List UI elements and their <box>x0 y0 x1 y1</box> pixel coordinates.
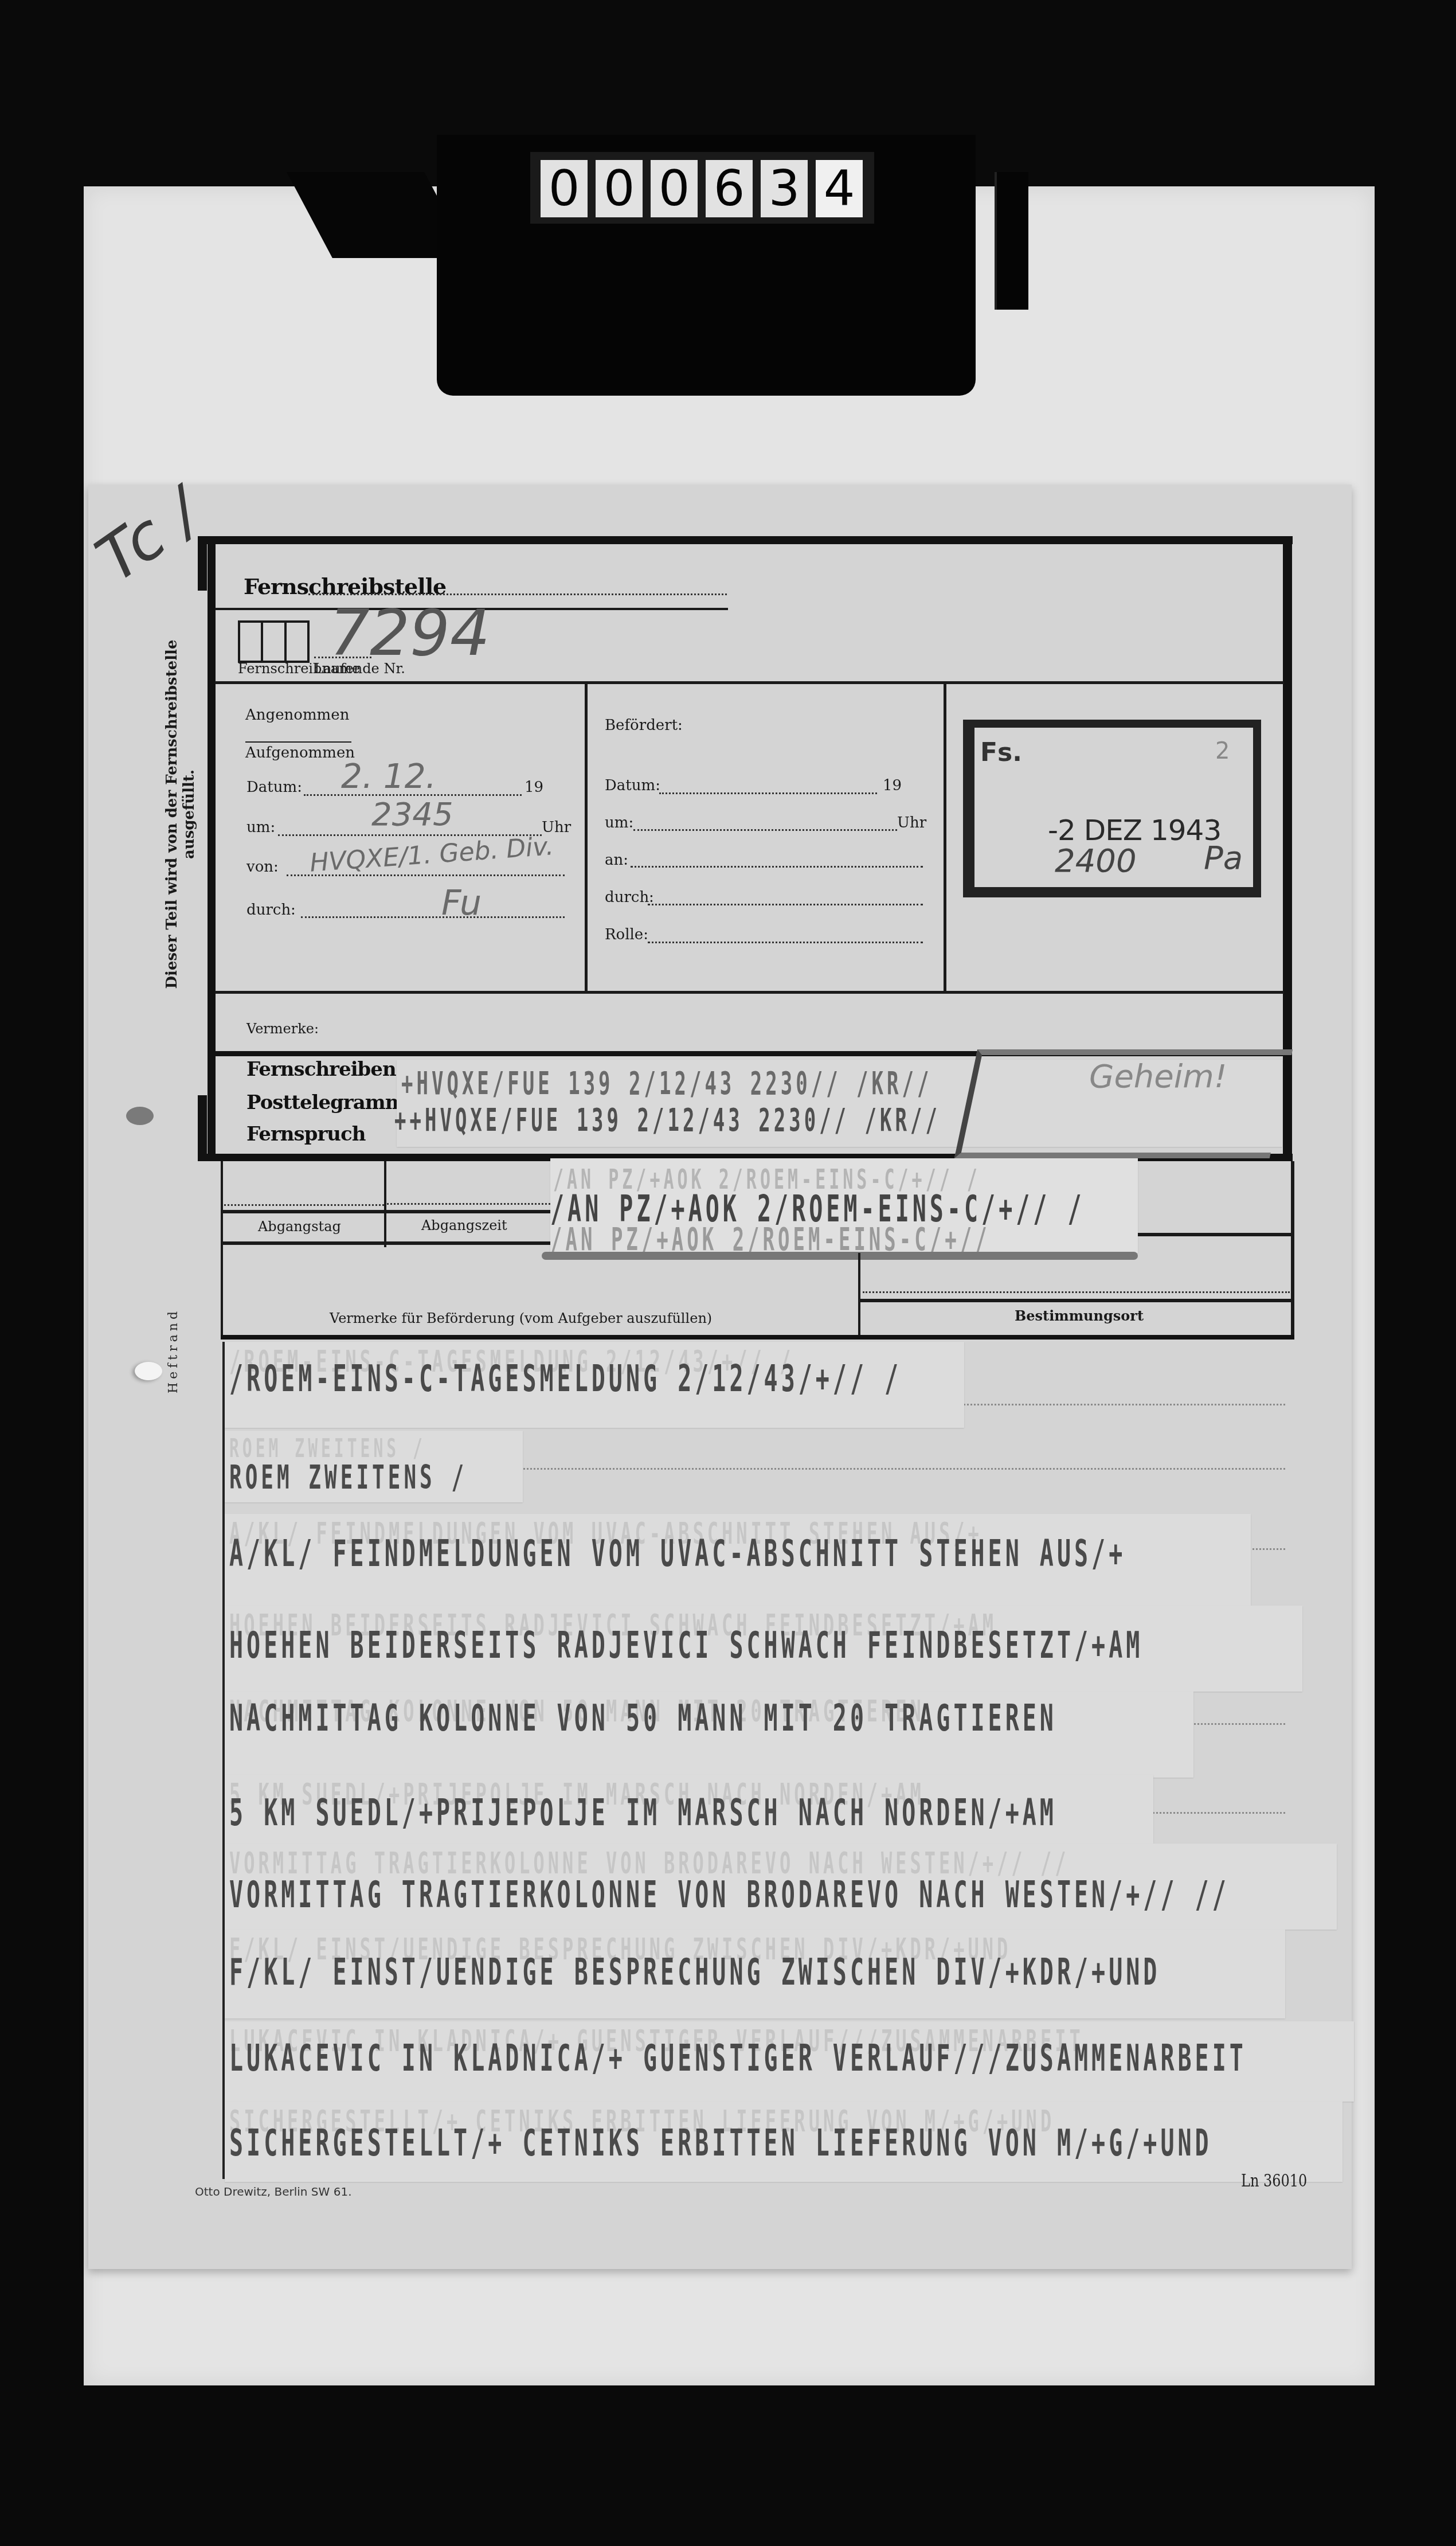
frame-left-thick-bar <box>198 536 207 591</box>
stamp-initials: Pa <box>1204 839 1243 877</box>
befoerdert-datum-label: Datum: <box>605 777 660 794</box>
durch-field[interactable] <box>301 916 565 918</box>
um-label: um: <box>246 819 275 836</box>
form-right-lower-border <box>1291 1161 1294 1339</box>
befoerdert-um-label: um: <box>605 814 633 831</box>
durch-label: durch: <box>246 901 296 919</box>
type-posttelegramm: Posttelegramm <box>246 1091 405 1114</box>
fernschreibstelle-field <box>308 593 727 595</box>
stamp-time: 2400 <box>1055 842 1137 880</box>
durch-value: Fu <box>441 883 482 923</box>
counter-digit: 0 <box>596 160 643 217</box>
abgang-divider <box>384 1161 386 1247</box>
transmission-header-line-2: ++HVQXE/FUE 139 2/12/43 2230// /KR// <box>394 1102 941 1139</box>
vermerke-label: Vermerke: <box>246 1021 319 1037</box>
befoerdert-um-field[interactable] <box>633 829 897 831</box>
teletype-message-line: /ROEM-EINS-C-TAGESMELDUNG 2/12/43/+// / <box>229 1358 902 1400</box>
befoerdert-uhr-label: Uhr <box>897 814 926 831</box>
column-divider <box>585 682 588 992</box>
aufgenommen-label: Aufgenommen <box>245 744 355 762</box>
fernschreibname-boxes <box>238 620 310 663</box>
counter-digit: 0 <box>651 160 698 217</box>
abgang-underline <box>221 1210 602 1213</box>
year-prefix: 19 <box>525 779 543 796</box>
teletype-message-line: 5 KM SUEDL/+PRIJEPOLJE IM MARSCH NACH NO… <box>229 1792 1057 1834</box>
befoerdert-durch-label: durch: <box>605 889 654 906</box>
angenommen-label: Angenommen <box>245 706 349 724</box>
an-field[interactable] <box>631 866 923 868</box>
form-title: Fernschreibstelle <box>244 573 446 599</box>
befoerderung-vermerke-label: Vermerke für Beförderung (vom Aufgeber a… <box>330 1310 712 1326</box>
frame-top-border <box>198 536 1293 544</box>
an-label: an: <box>605 852 628 869</box>
rolle-label: Rolle: <box>605 926 648 943</box>
punch-hole <box>135 1362 162 1380</box>
column-divider <box>944 682 946 992</box>
abgangszeit-label: Abgangszeit <box>421 1217 507 1233</box>
form-number: Ln 36010 <box>1241 2171 1307 2191</box>
teletype-message-line: A/KL/ FEINDMELDUNGEN VOM UVAC-ABSCHNITT … <box>229 1533 1126 1575</box>
receipt-stamp: Fs. 2 -2 DEZ 1943 2400 Pa <box>963 720 1261 897</box>
laufende-nr-value: 7294 <box>330 596 490 670</box>
bestimmungsort-divider <box>858 1253 860 1339</box>
teletype-message-line: F/KL/ EINST/UENDIGE BESPRECHUNG ZWISCHEN… <box>229 1951 1160 1994</box>
address-underline-stroke <box>542 1252 1138 1260</box>
teletype-ghost-line: ROEM ZWEITENS / <box>229 1433 426 1463</box>
transmission-header-line-1: +HVQXE/FUE 139 2/12/43 2230// /KR// <box>401 1065 932 1102</box>
stamp-office: Fs. <box>980 738 1022 767</box>
form-lower-bottom-rule <box>221 1335 1294 1340</box>
teletype-message-line: HOEHEN BEIDERSEITS RADJEVICI SCHWACH FEI… <box>229 1625 1143 1667</box>
teletype-message-line: VORMITTAG TRAGTIERKOLONNE VON BRODAREVO … <box>229 1874 1230 1916</box>
von-label: von: <box>246 858 279 876</box>
counter-digit: 6 <box>706 160 753 217</box>
address-right-rule <box>1138 1233 1293 1236</box>
frame-left-bottom-bar <box>198 1095 207 1158</box>
teletype-message-line: NACHMITTAG KOLONNE VON 50 MANN MIT 20 TR… <box>229 1697 1057 1740</box>
counter-knob <box>995 172 1028 310</box>
form-left-lower-border <box>221 1161 223 1339</box>
um-value: 2345 <box>371 796 453 833</box>
stamp-office-number: 2 <box>1215 738 1230 764</box>
punch-hole-torn <box>126 1107 154 1125</box>
middle-bottom-rule <box>215 991 1284 994</box>
befoerdert-year-prefix: 19 <box>883 777 902 794</box>
heftrand-label: Heftrand <box>166 1308 181 1393</box>
abgangstag-label: Abgangstag <box>258 1219 341 1235</box>
datum-value: 2. 12. <box>341 757 436 796</box>
counter-digit: 3 <box>761 160 808 217</box>
bestimmungsort-label: Bestimmungsort <box>1015 1307 1144 1324</box>
befoerdert-label: Befördert: <box>605 717 683 734</box>
abgangstag-field[interactable] <box>221 1204 384 1206</box>
frame-left-border <box>208 536 216 1161</box>
side-instruction-text: Dieser Teil wird von der Fernschreibstel… <box>163 608 198 1021</box>
printer-imprint: Otto Drewitz, Berlin SW 61. <box>195 2185 352 2199</box>
angenommen-underline <box>245 741 351 743</box>
teletype-message-line: LUKACEVIC IN KLADNICA/+ GUENSTIGER VERLA… <box>229 2037 1247 2080</box>
datum-label: Datum: <box>246 779 302 796</box>
type-fernschreiben: Fernschreiben <box>246 1058 396 1081</box>
frame-counter: 0 0 0 6 3 4 <box>530 152 874 224</box>
rolle-field[interactable] <box>648 942 923 943</box>
bestimmungsort-rule <box>860 1299 1291 1302</box>
counter-digit: 4 <box>816 160 863 217</box>
befoerdert-durch-field[interactable] <box>648 904 923 905</box>
teletype-message-line: SICHERGESTELLT/+ CETNIKS ERBITTEN LIEFER… <box>229 2122 1212 2165</box>
header-bottom-rule <box>215 681 1284 684</box>
type-fernspruch: Fernspruch <box>246 1123 366 1146</box>
teletype-message-line: ROEM ZWEITENS / <box>229 1459 467 1497</box>
classification-handwritten: Geheim! <box>1089 1058 1227 1095</box>
bestimmungsort-field[interactable] <box>863 1291 1290 1293</box>
befoerdert-datum-field[interactable] <box>659 792 877 794</box>
counter-digit: 0 <box>541 160 588 217</box>
abgang-bottom-rule <box>221 1241 605 1245</box>
